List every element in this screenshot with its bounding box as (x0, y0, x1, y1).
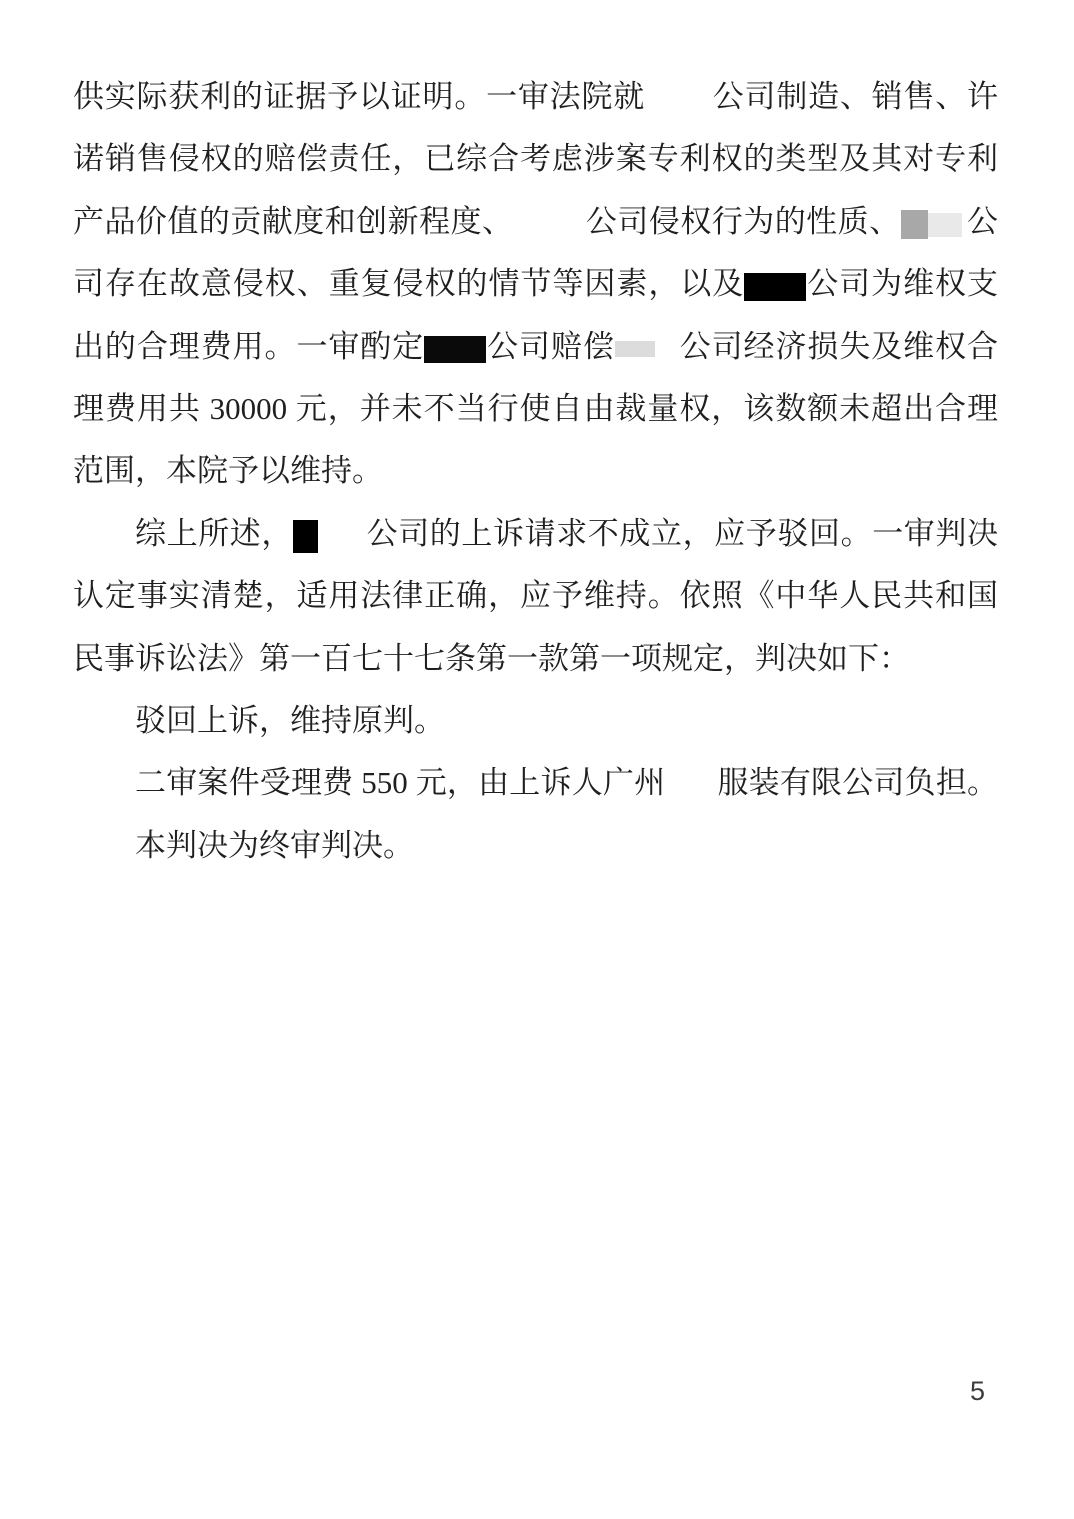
text-line: 二审案件受理费 550 元，由上诉人广州服装有限公司负担。 (73, 752, 998, 814)
line-text: 公司赔偿 (486, 329, 615, 364)
line-text: 二审案件受理费 550 元，由上诉人广州 (135, 765, 665, 800)
line-text: 公司经济损失及维权合 (679, 329, 998, 364)
text-line: 民事诉讼法》第一百七十七条第一款第一项规定，判决如下： (73, 628, 998, 690)
text-line: 驳回上诉，维持原判。 (73, 690, 998, 752)
line-text: 公司制造、销售、许 (712, 79, 998, 114)
text-line: 理费用共 30000 元，并未不当行使自由裁量权，该数额未超出合理 (73, 378, 998, 440)
redaction-block (744, 273, 806, 301)
redacted-blank (645, 99, 712, 101)
line-text: 出的合理费用。一审酌定 (73, 329, 424, 364)
text-line: 本判决为终审判决。 (73, 815, 998, 877)
redacted-blank (655, 348, 679, 350)
text-line: 范围，本院予以维持。 (73, 440, 998, 502)
redacted-blank (513, 224, 585, 226)
text-line: 出的合理费用。一审酌定公司赔偿公司经济损失及维权合 (73, 316, 998, 378)
line-text: 供实际获利的证据予以证明。一审法院就 (73, 79, 645, 114)
line-text: 公司为维权支 (806, 266, 998, 301)
line-text: 范围，本院予以维持。 (73, 453, 383, 488)
line-text: 司存在故意侵权、重复侵权的情节等因素，以及 (73, 266, 744, 301)
text-line: 综上所述，公司的上诉请求不成立，应予驳回。一审判决 (73, 503, 998, 565)
text-line: 诺销售侵权的赔偿责任，已综合考虑涉案专利权的类型及其对专利 (73, 128, 998, 190)
line-text: 民事诉讼法》第一百七十七条第一款第一项规定，判决如下： (73, 641, 910, 676)
redaction-block (928, 213, 962, 237)
page-number: 5 (970, 1376, 985, 1407)
line-text: 理费用共 30000 元，并未不当行使自由裁量权，该数额未超出合理 (73, 391, 998, 426)
line-text: 公 (967, 204, 998, 239)
document-text: 供实际获利的证据予以证明。一审法院就公司制造、销售、许诺销售侵权的赔偿责任，已综… (73, 66, 998, 877)
redacted-blank (318, 536, 366, 538)
redaction-block (424, 336, 486, 363)
text-line: 产品价值的贡献度和创新程度、公司侵权行为的性质、公 (73, 191, 998, 253)
line-text: 认定事实清楚，适用法律正确，应予维持。依照《中华人民共和国 (73, 578, 998, 613)
line-text: 产品价值的贡献度和创新程度、 (73, 204, 513, 239)
line-text: 服装有限公司负担。 (717, 765, 998, 800)
redaction-block (293, 520, 318, 553)
line-text: 公司侵权行为的性质、 (585, 204, 900, 239)
line-text: 综上所述， (135, 516, 293, 551)
text-line: 司存在故意侵权、重复侵权的情节等因素，以及公司为维权支 (73, 253, 998, 315)
line-text: 诺销售侵权的赔偿责任，已综合考虑涉案专利权的类型及其对专利 (73, 141, 998, 176)
redaction-block (901, 210, 928, 239)
redaction-block (615, 341, 655, 357)
text-line: 认定事实清楚，适用法律正确，应予维持。依照《中华人民共和国 (73, 565, 998, 627)
line-text: 本判决为终审判决。 (135, 828, 414, 863)
document-page: 供实际获利的证据予以证明。一审法院就公司制造、销售、许诺销售侵权的赔偿责任，已综… (0, 0, 1074, 1519)
line-text: 驳回上诉，维持原判。 (135, 703, 445, 738)
line-text: 公司的上诉请求不成立，应予驳回。一审判决 (366, 516, 998, 551)
text-line: 供实际获利的证据予以证明。一审法院就公司制造、销售、许 (73, 66, 998, 128)
redacted-blank (665, 785, 717, 787)
